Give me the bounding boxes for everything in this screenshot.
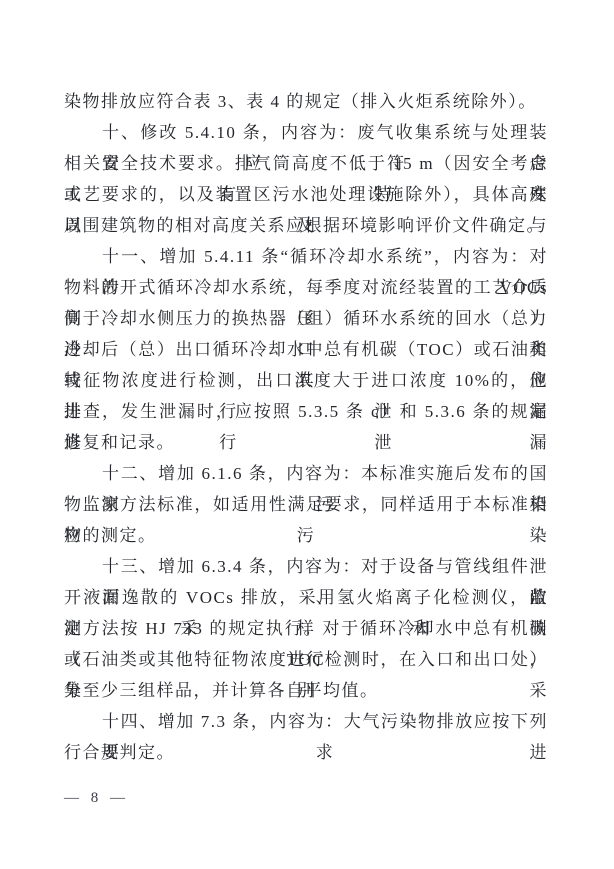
page-number: — 8 — (64, 790, 129, 807)
text-line: 染物排放应符合表 3、表 4 的规定（排入火炬系统除外）。 (64, 86, 548, 117)
text-line: 冷却后（总）出口循环冷却水中总有机碳（TOC）或石油类或其他 (64, 334, 548, 365)
document-page: 染物排放应符合表 3、表 4 的规定（排入火炬系统除外）。 十、修改 5.4.1… (0, 0, 614, 869)
paragraph: 十一、增加 5.4.11 条“循环冷却水系统”，内容为：对涉 VOCs 物料的开… (64, 241, 548, 458)
text-line: 工艺要求的，以及装置区污水池处理设施除外），具体高度以及与 (64, 179, 548, 210)
text-line: 定方法按 HJ 733 的规定执行。对于循环冷却水中总有机碳（TOC） (64, 613, 548, 644)
paragraph: 染物排放应符合表 3、表 4 的规定（排入火炬系统除外）。 (64, 86, 548, 117)
text-line: 十二、增加 6.1.6 条，内容为：本标准实施后发布的国家污染 (64, 458, 548, 489)
paragraph: 十、修改 5.4.10 条，内容为：废气收集系统与处理装置应符合 相关安全技术要… (64, 117, 548, 241)
paragraph: 十二、增加 6.1.6 条，内容为：本标准实施后发布的国家污染 物监测方法标准，… (64, 458, 548, 551)
text-line: 物监测方法标准，如适用性满足要求，同样适用于本标准相应污染 (64, 489, 548, 520)
paragraph: 十四、增加 7.3 条，内容为：大气污染物排放应按下列要求进 行合规判定。 (64, 706, 548, 768)
text-line: 高于冷却水侧压力的换热器（组）循环水系统的回水（总）进口和 (64, 303, 548, 334)
text-line: 十四、增加 7.3 条，内容为：大气污染物排放应按下列要求进 (64, 706, 548, 737)
text-line: 周围建筑物的相对高度关系应根据环境影响评价文件确定。 (64, 210, 548, 241)
text-line: 十三、增加 6.3.4 条，内容为：对于设备与管线组件泄漏、敞 (64, 551, 548, 582)
text-line: 物料的开式循环冷却水系统，每季度对流经装置的工艺介质侧压力 (64, 272, 548, 303)
text-line: 或石油类或其他特征物浓度进行检测时，在入口和出口处，分别采 (64, 644, 548, 675)
text-line: 排查，发生泄漏时，应按照 5.3.5 条 c）和 5.3.6 条的规定进行泄漏 (64, 396, 548, 427)
text-line: 开液面逸散的 VOCs 排放，采用氢火焰离子化检测仪，监测采样和测 (64, 582, 548, 613)
text-line: 十、修改 5.4.10 条，内容为：废气收集系统与处理装置应符合 (64, 117, 548, 148)
text-line: 特征物浓度进行检测，出口浓度大于进口浓度 10%的，应进行泄漏 (64, 365, 548, 396)
text-line: 十一、增加 5.4.11 条“循环冷却水系统”，内容为：对涉 VOCs (64, 241, 548, 272)
paragraph: 十三、增加 6.3.4 条，内容为：对于设备与管线组件泄漏、敞 开液面逸散的 V… (64, 551, 548, 706)
text-line: 相关安全技术要求。排气筒高度不低于 15 m（因安全考虑或有特殊 (64, 148, 548, 179)
document-body: 染物排放应符合表 3、表 4 的规定（排入火炬系统除外）。 十、修改 5.4.1… (64, 86, 548, 768)
